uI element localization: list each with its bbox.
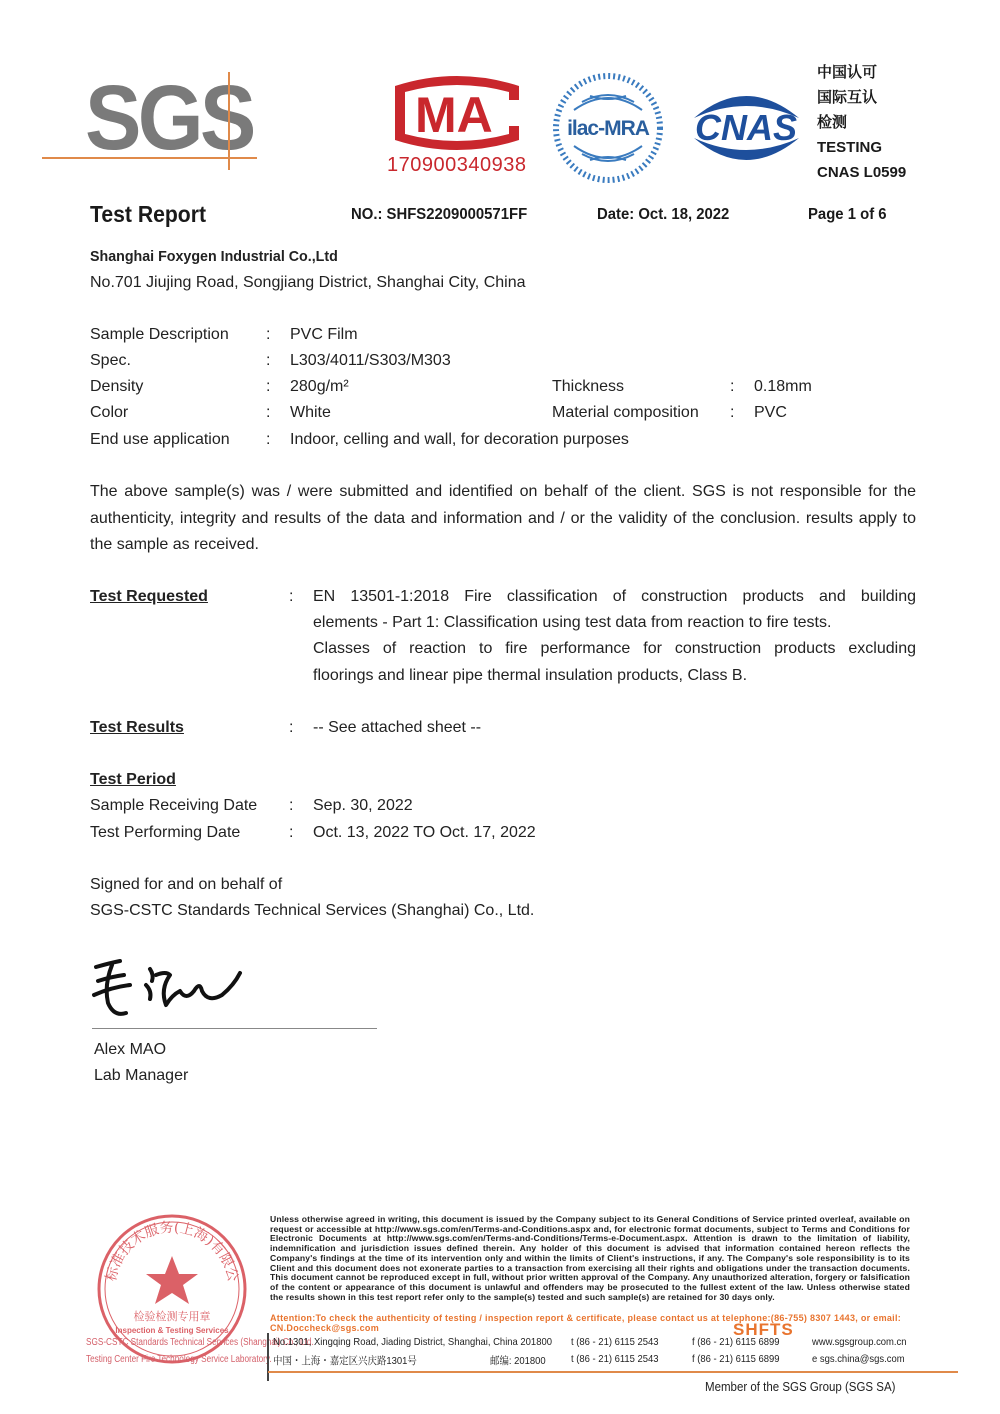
- address-cn: 中国・上海・嘉定区兴庆路1301号: [273, 1353, 417, 1368]
- sample-value: L303/4011/S303/M303: [290, 352, 451, 370]
- test-requested-line: elements - Part 1: Classification using …: [313, 614, 831, 632]
- website-link[interactable]: www.sgsgroup.com.cn: [812, 1336, 907, 1348]
- cnas-caption-line: TESTING: [817, 135, 906, 160]
- fax: f (86 - 21) 6115 6899: [692, 1353, 780, 1365]
- signatory-name: Alex MAO: [94, 1041, 166, 1059]
- cnas-caption-line: CNAS L0599: [817, 160, 906, 185]
- test-requested-line: floorings and linear pipe thermal insula…: [313, 667, 747, 685]
- separator: :: [266, 378, 270, 396]
- separator: :: [266, 352, 270, 370]
- sample-label: Material composition: [552, 404, 699, 422]
- separator: :: [730, 378, 734, 396]
- test-requested-line: EN 13501-1:2018 Fire classification of c…: [313, 588, 916, 606]
- separator: :: [266, 431, 270, 449]
- period-value: Sep. 30, 2022: [313, 797, 413, 815]
- separator: :: [730, 404, 734, 422]
- client-address: No.701 Jiujing Road, Songjiang District,…: [90, 274, 526, 292]
- separator: :: [289, 719, 293, 737]
- test-results-label: Test Results: [90, 719, 184, 737]
- period-value: Oct. 13, 2022 TO Oct. 17, 2022: [313, 824, 536, 842]
- sample-label: Color: [90, 404, 128, 422]
- sample-value: PVC: [754, 404, 787, 422]
- separator: :: [289, 824, 293, 842]
- telephone: t (86 - 21) 6115 2543: [571, 1353, 659, 1365]
- address-en: No.1301, Xingqing Road, Jiading District…: [273, 1336, 552, 1348]
- sample-value: Indoor, celling and wall, for decoration…: [290, 431, 629, 449]
- client-name: Shanghai Foxygen Industrial Co.,Ltd: [90, 248, 338, 265]
- authenticity-notice: Attention:To check the authenticity of t…: [270, 1313, 910, 1333]
- period-label: Sample Receiving Date: [90, 797, 257, 815]
- telephone: t (86 - 21) 6115 2543: [571, 1336, 659, 1348]
- sample-value: White: [290, 404, 331, 422]
- logo-rule-vertical: [228, 72, 230, 170]
- fax: f (86 - 21) 6115 6899: [692, 1336, 780, 1348]
- sample-label: Sample Description: [90, 326, 229, 344]
- signing-company: SGS-CSTC Standards Technical Services (S…: [90, 902, 534, 920]
- address-divider: [267, 1333, 269, 1381]
- cnas-caption: 中国认可 国际互认 检测 TESTING CNAS L0599: [817, 60, 906, 185]
- report-date: Date: Oct. 18, 2022: [597, 206, 729, 224]
- signed-for-line: Signed for and on behalf of: [90, 876, 282, 894]
- separator: :: [289, 797, 293, 815]
- cma-mark-icon: MA: [385, 72, 530, 154]
- page-indicator: Page 1 of 6: [808, 206, 887, 224]
- ilac-mra-logo: ilac-MRA: [552, 72, 664, 184]
- sgs-member-note: Member of the SGS Group (SGS SA): [705, 1380, 895, 1394]
- cnas-mark-icon: CNAS: [684, 82, 809, 172]
- terms-fine-print: Unless otherwise agreed in writing, this…: [270, 1215, 910, 1302]
- signature-icon: [90, 955, 260, 1030]
- separator: :: [266, 404, 270, 422]
- period-label: Test Performing Date: [90, 824, 240, 842]
- report-title: Test Report: [90, 201, 206, 228]
- cma-logo: MA 170900340938: [385, 72, 530, 182]
- email-link[interactable]: e sgs.china@sgs.com: [812, 1353, 905, 1365]
- sgs-logo: SGS: [40, 70, 260, 170]
- signatory-role: Lab Manager: [94, 1067, 188, 1085]
- test-requested-label: Test Requested: [90, 588, 208, 606]
- test-results-value: -- See attached sheet --: [313, 719, 481, 737]
- sample-label: Spec.: [90, 352, 131, 370]
- cnas-logo: CNAS: [684, 82, 809, 172]
- cnas-caption-line: 检测: [817, 110, 906, 135]
- test-period-label: Test Period: [90, 771, 176, 789]
- svg-text:MA: MA: [415, 87, 493, 143]
- stamp-en-text: Inspection & Testing Services: [115, 1326, 229, 1335]
- cnas-caption-line: 中国认可: [817, 60, 906, 85]
- disclaimer-paragraph: The above sample(s) was / were submitted…: [90, 479, 916, 559]
- footer-rule: [268, 1371, 958, 1373]
- cma-number: 170900340938: [387, 154, 526, 177]
- ilac-mra-icon: ilac-MRA: [552, 72, 664, 184]
- sample-value: 280g/m²: [290, 378, 349, 396]
- svg-text:ilac-MRA: ilac-MRA: [567, 117, 650, 140]
- sample-value: PVC Film: [290, 326, 358, 344]
- sample-label: Density: [90, 378, 143, 396]
- stamp-label: Testing Center Fire Technology Service L…: [86, 1354, 272, 1365]
- sample-label: Thickness: [552, 378, 624, 396]
- separator: :: [266, 326, 270, 344]
- stamp-cn-text: 检验检测专用章: [134, 1309, 211, 1323]
- test-requested-line: Classes of reaction to fire performance …: [313, 640, 916, 658]
- svg-text:CNAS: CNAS: [695, 107, 797, 148]
- signature-line: [92, 1028, 377, 1029]
- separator: :: [289, 588, 293, 606]
- postcode-cn: 邮编: 201800: [490, 1353, 546, 1368]
- logo-rule-horizontal: [42, 157, 257, 159]
- cnas-caption-line: 国际互认: [817, 85, 906, 110]
- sample-value: 0.18mm: [754, 378, 812, 396]
- sample-label: End use application: [90, 431, 230, 449]
- report-number: NO.: SHFS2209000571FF: [351, 206, 527, 224]
